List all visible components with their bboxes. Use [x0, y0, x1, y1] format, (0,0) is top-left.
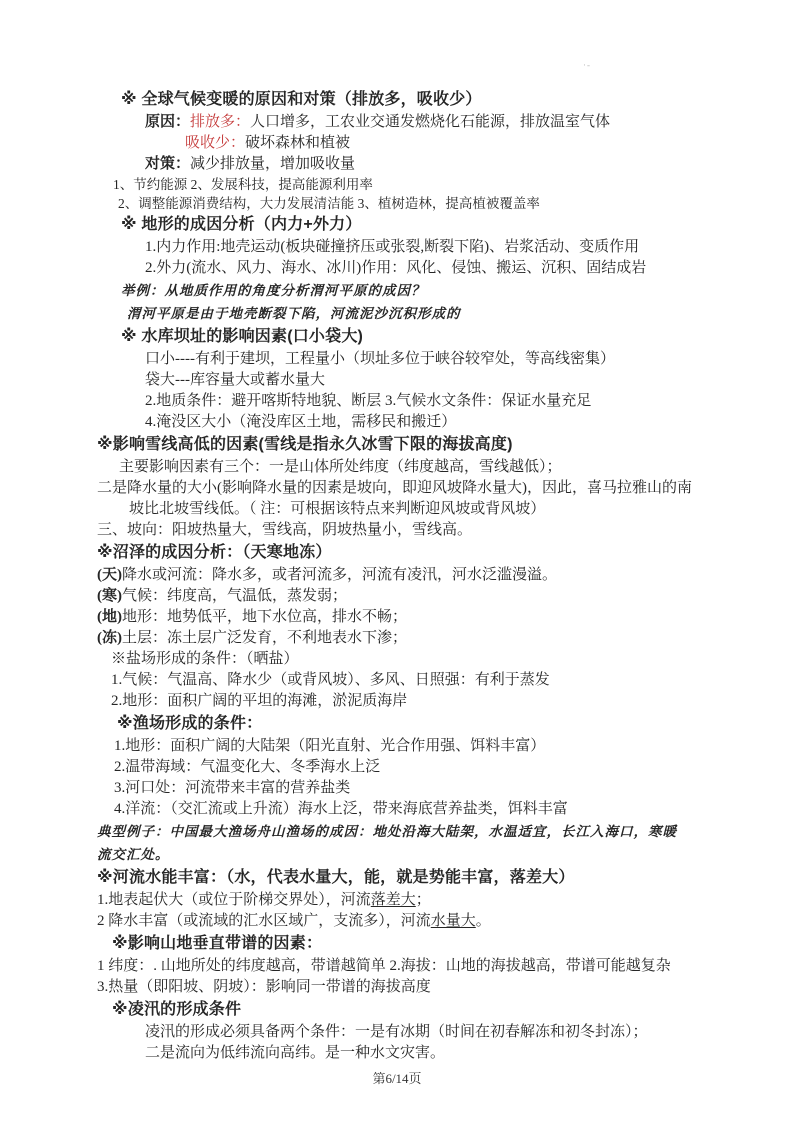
- text-line: (地)地形：地势低平，地下水位高，排水不畅；: [97, 607, 736, 628]
- text-line: 袋大---库容量大或蓄水量大: [97, 370, 736, 391]
- text-segment: 地形：地势低平，地下水位高，排水不畅；: [122, 609, 407, 625]
- text-segment: 1.地表起伏大（或位于阶梯交界处），河流: [97, 892, 371, 908]
- text-line: (冻)土层：冻土层广泛发育，不利地表水下渗；: [97, 628, 736, 649]
- text-line: 渭河平原是由于地壳断裂下陷，河流泥沙沉积形成的: [97, 302, 736, 325]
- text-segment: 三、坡向：阳坡热量大，雪线高，阴坡热量小，雪线高。: [97, 522, 472, 538]
- text-line: ※盐场形成的条件：（晒盐）: [97, 649, 736, 670]
- text-segment: 2.温带海域：气温变化大、冬季海水上泛: [114, 759, 380, 775]
- text-segment: 举例：从地质作用的角度分析渭河平原的成因？: [121, 283, 426, 298]
- stray-mark: ·-: [583, 60, 591, 70]
- text-line: 主要影响因素有三个：一是山体所处纬度（纬度越高，雪线越低）；: [97, 457, 736, 478]
- section-heading: ※影响雪线高低的因素(雪线是指永久冰雪下限的海拔高度): [97, 433, 736, 457]
- document-body: ※ 全球气候变暖的原因和对策（排放多，吸收少）原因：排放多：人口增多，工农业交通…: [97, 88, 736, 1064]
- text-segment: ；: [416, 892, 431, 908]
- text-segment: 土层：冻土层广泛发育，不利地表水下渗；: [122, 630, 407, 646]
- text-segment: 1.地形：面积广阔的大陆架（阳光直射、光合作用强、饵料丰富）: [114, 738, 545, 754]
- text-segment: 原因：: [145, 114, 190, 130]
- text-segment: 袋大---库容量大或蓄水量大: [145, 372, 325, 388]
- underlined-text: 落差大: [371, 892, 416, 908]
- page-number: 第6/14页: [0, 1068, 794, 1087]
- text-segment: 二是流向为低纬流向高纬。是一种水文灾害。: [145, 1045, 445, 1061]
- text-segment: 1、节约能源 2、发展科技，提高能源利用率: [113, 177, 373, 192]
- section-heading: ※ 水库坝址的影响因素(口小袋大): [97, 325, 736, 349]
- text-segment: 典型例子：中国最大渔场舟山渔场的成因：地处沿海大陆架，水温适宜，长江入海口，寒暖: [97, 824, 677, 839]
- text-segment: 二是降水量的大小(影响降水量的因素是坡向，即迎风坡降水量大)，因此，喜马拉雅山的…: [97, 480, 692, 496]
- text-line: 原因：排放多：人口增多，工农业交通发燃烧化石能源，排放温室气体: [97, 112, 736, 133]
- text-segment: 减少排放量，增加吸收量: [190, 156, 355, 172]
- text-line: (天)降水或河流：降水多，或者河流多，河流有凌汛，河水泛滥漫溢。: [97, 565, 736, 586]
- section-heading: ※ 地形的成因分析（内力+外力）: [97, 213, 736, 237]
- text-segment: 主要影响因素有三个：一是山体所处纬度（纬度越高，雪线越低）；: [119, 459, 562, 475]
- text-line: 凌汛的形成必须具备两个条件：一是有冰期（时间在初春解冻和初冬封冻）；: [97, 1022, 736, 1043]
- text-segment: 2.地质条件：避开喀斯特地貌、断层 3.气候水文条件：保证水量充足: [145, 393, 591, 409]
- text-segment: 降水或河流：降水多，或者河流多，河流有凌汛，河水泛滥漫溢。: [122, 567, 557, 583]
- text-segment: 口小----有利于建坝，工程量小（坝址多位于峡谷较窄处，等高线密集）: [145, 351, 615, 367]
- text-line: 对策：减少排放量，增加吸收量: [97, 154, 736, 175]
- text-line: 典型例子：中国最大渔场舟山渔场的成因：地处沿海大陆架，水温适宜，长江入海口，寒暖: [97, 820, 736, 843]
- text-segment: 。: [476, 913, 491, 929]
- text-segment: ※盐场形成的条件：（晒盐）: [111, 651, 299, 667]
- text-segment: (天): [97, 567, 122, 583]
- section-heading: ※渔场形成的条件：: [97, 712, 736, 736]
- section-heading: ※沼泽的成因分析：（天寒地冻）: [97, 541, 736, 565]
- text-line: 4.淹没区大小（淹没库区土地，需移民和搬迁）: [97, 412, 736, 433]
- text-line: (寒)气候：纬度高，气温低，蒸发弱；: [97, 586, 736, 607]
- text-segment: 对策：: [145, 156, 190, 172]
- section-heading: ※ 全球气候变暖的原因和对策（排放多，吸收少）: [97, 88, 736, 112]
- text-line: 流交汇处。: [97, 843, 736, 866]
- text-line: 坡比北坡雪线低。（ 注：可根据该特点来判断迎风坡或背风坡）: [97, 499, 736, 520]
- text-line: 吸收少：破坏森林和植被: [97, 133, 736, 154]
- text-line: 二是流向为低纬流向高纬。是一种水文灾害。: [97, 1043, 736, 1064]
- text-segment: ※渔场形成的条件：: [117, 715, 262, 732]
- section-heading: ※影响山地垂直带谱的因素：: [97, 932, 736, 956]
- text-segment: 1.内力作用:地壳运动(板块碰撞挤压或张裂,断裂下陷)、岩浆活动、变质作用: [145, 239, 639, 255]
- text-segment: 4.洋流：（交汇流或上升流）海水上泛，带来海底营养盐类，饵料丰富: [114, 801, 568, 817]
- text-line: 1.气候：气温高、降水少（或背风坡）、多风、日照强：有利于蒸发: [97, 670, 736, 691]
- text-line: 2.地形：面积广阔的平坦的海滩，淤泥质海岸: [97, 691, 736, 712]
- text-segment: 流交汇处。: [97, 847, 170, 862]
- text-segment: 人口增多，工农业交通发燃烧化石能源，排放温室气体: [250, 114, 610, 130]
- text-segment: 气候：纬度高，气温低，蒸发弱；: [122, 588, 347, 604]
- text-segment: 坡比北坡雪线低。（ 注：可根据该特点来判断迎风坡或背风坡）: [129, 501, 545, 517]
- text-segment: 破坏森林和植被: [245, 135, 350, 151]
- text-segment: ※凌汛的形成条件: [112, 1001, 241, 1018]
- text-segment: 1 纬度：. 山地所处的纬度越高，带谱越简单 2.海拔：山地的海拔越高，带谱可能…: [97, 958, 671, 974]
- text-line: 二是降水量的大小(影响降水量的因素是坡向，即迎风坡降水量大)，因此，喜马拉雅山的…: [97, 478, 736, 499]
- text-line: 2 降水丰富（或流域的汇水区域广，支流多），河流水量大。: [97, 911, 736, 932]
- document-page: ※ 全球气候变暖的原因和对策（排放多，吸收少）原因：排放多：人口增多，工农业交通…: [0, 0, 794, 1123]
- text-line: 2.外力(流水、风力、海水、冰川)作用：风化、侵蚀、搬运、沉积、固结成岩: [97, 258, 736, 279]
- text-segment: 凌汛的形成必须具备两个条件：一是有冰期（时间在初春解冻和初冬封冻）；: [145, 1024, 648, 1040]
- text-segment: (冻): [97, 630, 122, 646]
- text-line: 2、调整能源消费结构，大力发展清洁能 3、植树造林，提高植被覆盖率: [97, 194, 736, 213]
- text-segment: 3.河口处：河流带来丰富的营养盐类: [114, 780, 350, 796]
- text-line: 2.温带海域：气温变化大、冬季海水上泛: [97, 757, 736, 778]
- text-segment: 渭河平原是由于地壳断裂下陷，河流泥沙沉积形成的: [127, 306, 461, 321]
- red-text: 排放多：: [190, 114, 250, 130]
- red-text: 吸收少：: [185, 135, 245, 151]
- text-line: 举例：从地质作用的角度分析渭河平原的成因？: [97, 279, 736, 302]
- section-heading: ※河流水能丰富：（水，代表水量大，能，就是势能丰富，落差大）: [97, 866, 736, 890]
- text-line: 1.地形：面积广阔的大陆架（阳光直射、光合作用强、饵料丰富）: [97, 736, 736, 757]
- text-segment: ※影响山地垂直带谱的因素：: [112, 935, 322, 952]
- text-segment: 2、调整能源消费结构，大力发展清洁能 3、植树造林，提高植被覆盖率: [118, 196, 540, 211]
- text-line: 4.洋流：（交汇流或上升流）海水上泛，带来海底营养盐类，饵料丰富: [97, 799, 736, 820]
- text-line: 三、坡向：阳坡热量大，雪线高，阴坡热量小，雪线高。: [97, 520, 736, 541]
- text-line: 3.热量（即阳坡、阴坡）：影响同一带谱的海拔高度: [97, 977, 736, 998]
- text-segment: 2 降水丰富（或流域的汇水区域广，支流多），河流: [97, 913, 431, 929]
- text-line: 1、节约能源 2、发展科技，提高能源利用率: [97, 175, 736, 194]
- text-segment: ※河流水能丰富：（水，代表水量大，能，就是势能丰富，落差大）: [97, 869, 575, 886]
- text-segment: 2.地形：面积广阔的平坦的海滩，淤泥质海岸: [111, 693, 407, 709]
- text-segment: ※沼泽的成因分析：（天寒地冻）: [97, 544, 332, 561]
- text-line: 2.地质条件：避开喀斯特地貌、断层 3.气候水文条件：保证水量充足: [97, 391, 736, 412]
- text-line: 1 纬度：. 山地所处的纬度越高，带谱越简单 2.海拔：山地的海拔越高，带谱可能…: [97, 956, 736, 977]
- text-line: 1.地表起伏大（或位于阶梯交界处），河流落差大；: [97, 890, 736, 911]
- text-segment: 1.气候：气温高、降水少（或背风坡）、多风、日照强：有利于蒸发: [111, 672, 550, 688]
- text-segment: 4.淹没区大小（淹没库区土地，需移民和搬迁）: [145, 414, 456, 430]
- text-line: 1.内力作用:地壳运动(板块碰撞挤压或张裂,断裂下陷)、岩浆活动、变质作用: [97, 237, 736, 258]
- text-segment: (寒): [97, 588, 122, 604]
- text-segment: ※影响雪线高低的因素(雪线是指永久冰雪下限的海拔高度): [97, 436, 513, 453]
- text-line: 3.河口处：河流带来丰富的营养盐类: [97, 778, 736, 799]
- text-segment: 3.热量（即阳坡、阴坡）：影响同一带谱的海拔高度: [97, 979, 431, 995]
- text-segment: ※ 水库坝址的影响因素(口小袋大): [121, 328, 363, 345]
- text-segment: ※ 地形的成因分析（内力+外力）: [121, 216, 362, 233]
- underlined-text: 水量大: [431, 913, 476, 929]
- text-segment: ※ 全球气候变暖的原因和对策（排放多，吸收少）: [121, 91, 482, 108]
- section-heading: ※凌汛的形成条件: [97, 998, 736, 1022]
- text-segment: (地): [97, 609, 122, 625]
- text-line: 口小----有利于建坝，工程量小（坝址多位于峡谷较窄处，等高线密集）: [97, 349, 736, 370]
- text-segment: 2.外力(流水、风力、海水、冰川)作用：风化、侵蚀、搬运、沉积、固结成岩: [145, 260, 646, 276]
